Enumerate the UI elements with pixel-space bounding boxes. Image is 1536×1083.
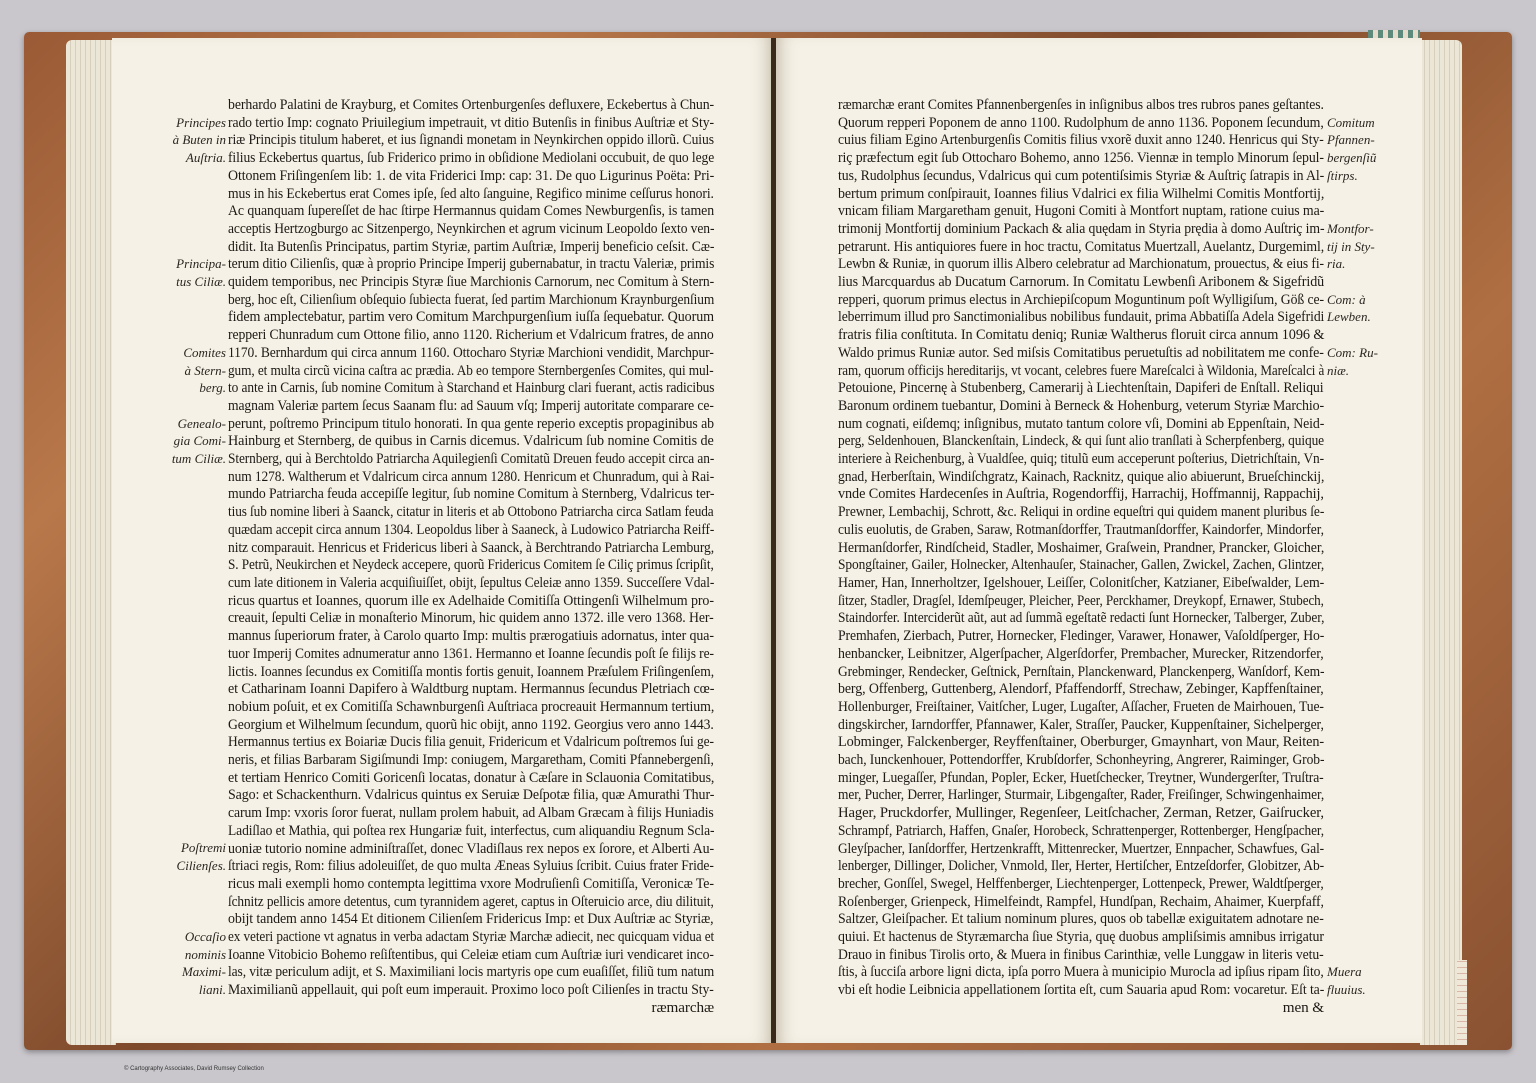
- text-line: Prewner, Lembachij, Schrott, &c. Reliqui…: [838, 503, 1271, 521]
- text-line: ricus mali exempli homo contempta legitt…: [228, 875, 672, 893]
- margin-note-line: tum Ciliæ.: [168, 450, 226, 468]
- margin-note: PoſtremiCilienſes.: [168, 839, 226, 874]
- text-line: Grebminger, Rendecker, Geſtnick, Pernſta…: [838, 663, 1269, 681]
- text-line: leberrimum illud pro Sanctimonialibus no…: [838, 308, 1275, 326]
- margin-note: Com: Ru-niæ.: [1327, 344, 1387, 379]
- text-line: acceptis Hertzogburgo ac Sitzenpergo, Ne…: [228, 220, 661, 238]
- text-line: Maximilianũ appellauit, qui poſt eum imp…: [228, 981, 667, 999]
- text-line: et Catharinam Ioanni Dapifero à Waldtbur…: [228, 680, 679, 698]
- margin-note-line: gia Comi-: [168, 432, 226, 450]
- text-line: Saltzer, Gleiſpacher. Et talium nominum …: [838, 910, 1279, 928]
- text-line: Hollenburger, Freiſtainer, Vaitſcher, Lu…: [838, 698, 1275, 716]
- text-line: riç præfectum egit ſub Ottocharo Bohemo,…: [838, 149, 1281, 167]
- text-line: vnde Comites Hardecenſes in Auſtria, Rog…: [838, 485, 1294, 503]
- text-line: Schrampf, Patriarch, Haffen, Gnaſer, Hor…: [838, 822, 1264, 840]
- catchword: ræmarchæ: [228, 999, 714, 1017]
- text-line: ram, quorum officijs hereditarijs, vt vo…: [838, 362, 1256, 380]
- text-line: berhardo Palatini de Krayburg, et Comite…: [228, 96, 670, 114]
- margin-note: Genealo-gia Comi-tum Ciliæ.: [168, 415, 226, 468]
- margin-note-line: Muera: [1327, 963, 1387, 981]
- margin-note-line: à Stern-: [168, 362, 226, 380]
- text-line: quidem temporibus, nec Principis Styræ ſ…: [228, 273, 665, 291]
- margin-note: ComitumPfannen-bergenſiũſtirps.: [1327, 114, 1387, 185]
- text-line: Baronum ordinem tuebantur, Domini à Bern…: [838, 397, 1283, 415]
- left-page-text: berhardo Palatini de Krayburg, et Comite…: [228, 96, 714, 1017]
- margin-note: OccaſionominisMaximi-liani.: [168, 928, 226, 999]
- text-line: vbi eſt hodie Leibnicia appellationem ſo…: [838, 981, 1279, 999]
- text-line: Hermannus tertius ex Boiariæ Ducis filia…: [228, 733, 659, 751]
- margin-note: Comitesà Stern-berg.: [168, 344, 226, 397]
- text-line: magnam Valeriæ partem ſecus Saanam flu: …: [228, 397, 663, 415]
- text-line: didit. Ita Butenſis Principatus, partim …: [228, 238, 668, 256]
- text-line: perunt, poſtremo Principum titulo honora…: [228, 415, 670, 433]
- margin-note-line: nominis: [168, 946, 226, 964]
- text-line: lius Marcquardus ab Ducatum Carnorum. In…: [838, 273, 1290, 291]
- text-line: Hager, Pruckdorfer, Mullinger, Regenſeer…: [838, 804, 1307, 822]
- margin-note-line: Principa-: [168, 255, 226, 273]
- text-line: repperi Chunradum cum Ottone filio, anno…: [228, 326, 667, 344]
- margin-note-line: Occaſio: [168, 928, 226, 946]
- text-line: ræmarchæ erant Comites Pfannenbergenſes …: [838, 96, 1276, 114]
- margin-note-line: liani.: [168, 981, 226, 999]
- margin-note-line: fluuius.: [1327, 981, 1387, 999]
- text-line: rado tertio Imp: cognato Priuilegium imp…: [228, 114, 665, 132]
- text-line: Drauo in finibus Tirolis orto, & Muera i…: [838, 946, 1277, 964]
- text-line: terum ditio Cilienſis, quæ à proprio Pri…: [228, 255, 661, 273]
- catchword: men &: [838, 999, 1324, 1017]
- margin-note-line: Comitum: [1327, 114, 1387, 132]
- text-line: Lobminger, Falckenberger, Reyffenſtainer…: [838, 733, 1294, 751]
- margin-note-line: ria.: [1327, 255, 1387, 273]
- text-line: Georgium et Wilhelmum ſecundum, quorũ hi…: [228, 716, 665, 734]
- text-line: Lewbn & Runiæ, in quorum illis Albero ce…: [838, 255, 1273, 273]
- text-line: mus in his Eckebertus erat Comes ipſe, ſ…: [228, 185, 664, 203]
- text-line: dingskircher, Iarndorffer, Pfannawer, Ka…: [838, 716, 1275, 734]
- margin-note-line: berg.: [168, 379, 226, 397]
- margin-note-line: niæ.: [1327, 362, 1387, 380]
- margin-note-line: Com: Ru-: [1327, 344, 1387, 362]
- text-line: obijt tandem anno 1454 Et ditionem Cilie…: [228, 910, 673, 928]
- book-gutter: [771, 38, 776, 1043]
- text-line: trimonij Montfortij dominium Packach & a…: [838, 220, 1277, 238]
- text-line: tus, Rudolphus ſecundus, Vdalricus qui c…: [838, 167, 1280, 185]
- margin-note-line: Auſtria.: [168, 149, 226, 167]
- margin-note-line: Cilienſes.: [168, 857, 226, 875]
- text-line: et tertiam Henrico Comiti Goricenſi loca…: [228, 769, 676, 787]
- text-line: cuius filiam Egino Artenburgenſis Comiti…: [838, 131, 1275, 149]
- text-line: num cognati, eiſdemq; inſignibus, mutato…: [838, 415, 1281, 433]
- margin-note-line: Maximi-: [168, 963, 226, 981]
- text-line: mundo Patriarcha feuda accepiſſe legitur…: [228, 485, 667, 503]
- text-line: riæ Principis titulum haberet, et ius ſi…: [228, 131, 664, 149]
- text-line: ſchnitz pellicis amore detentus, cum tyr…: [228, 893, 654, 911]
- margin-note-line: Genealo-: [168, 415, 226, 433]
- margin-note: Muerafluuius.: [1327, 963, 1387, 998]
- text-line: num 1278. Waltherum et Vdalricum circa a…: [228, 468, 658, 486]
- text-line: vnicam filiam Margaretham genuit, Hugoni…: [838, 202, 1280, 220]
- text-line: Staindorfer. Interciderũt aũt, aut ad ſu…: [838, 609, 1267, 627]
- right-page-text: ræmarchæ erant Comites Pfannenbergenſes …: [838, 96, 1324, 1017]
- margin-note: Com: àLewben.: [1327, 291, 1387, 326]
- text-line: Quorum repperi Poponem de anno 1100. Rud…: [838, 114, 1281, 132]
- text-line: uoniæ tutorio nomine adminiſtraſſet, don…: [228, 840, 674, 858]
- collection-credit: © Cartography Associates, David Rumsey C…: [124, 1066, 264, 1072]
- margin-note-line: Montfor-: [1327, 220, 1387, 238]
- right-page-edges: [1420, 40, 1462, 1045]
- text-line: neris, et filias Barbaram Sigiſmundi Imp…: [228, 751, 663, 769]
- text-line: to ante in Carnis, ſub nomine Comitum à …: [228, 379, 657, 397]
- text-line: Waldo primus Runiæ autor. Sed miſsis Com…: [838, 344, 1286, 362]
- text-line: 1170. Bernhardum qui circa annum 1160. O…: [228, 344, 661, 362]
- margin-note-line: Poſtremi: [168, 839, 226, 857]
- text-line: mer, Pucher, Derrer, Harlinger, Sturmair…: [838, 786, 1267, 804]
- margin-note-line: Comites: [168, 344, 226, 362]
- text-line: Ladiſlao et Mathia, qui poſtea rex Hunga…: [228, 822, 661, 840]
- text-line: Hainburg et Sternberg, de quibus in Carn…: [228, 432, 681, 450]
- text-line: Roſenberger, Grienpeck, Himelfeindt, Ram…: [838, 893, 1278, 911]
- margin-note-line: tij in Sty-: [1327, 238, 1387, 256]
- text-line: interiere à Reichenburg, à Vualdſee, qui…: [838, 450, 1267, 468]
- text-line: bach, Iunckenhouer, Pottendorffer, Krubſ…: [838, 751, 1271, 769]
- text-line: ex veteri pactione vt agnatus in verba a…: [228, 928, 651, 946]
- text-line: gnad, Herberſtain, Windiſchgratz, Kainac…: [838, 468, 1275, 486]
- text-line: brecher, Gonſſel, Swegel, Helffenberger,…: [838, 875, 1270, 893]
- text-line: ſitzer, Stadler, Dragſel, Idemſpeuger, P…: [838, 592, 1258, 610]
- text-line: Premhafen, Zierbach, Putrer, Hornecker, …: [838, 627, 1276, 645]
- margin-note-line: Lewben.: [1327, 308, 1387, 326]
- text-line: Ioanne Vitobicio Bohemo reſiſtentibus, q…: [228, 946, 665, 964]
- text-line: tuor Imperij Comites adnumeratur anno 13…: [228, 645, 660, 663]
- margin-note-line: ſtirps.: [1327, 167, 1387, 185]
- text-line: fidem amplectebatur, partim vero Comitum…: [228, 308, 678, 326]
- text-line: tius ſub nomine liberi à Saanck, citatur…: [228, 503, 653, 521]
- text-line: Petouione, Pincernę à Stubenberg, Camera…: [838, 379, 1282, 397]
- text-line: bertum primum conſpirauit, Ioannes filiu…: [838, 185, 1285, 203]
- margin-note-line: bergenſiũ: [1327, 149, 1387, 167]
- text-line: Ac quanquam ſupereſſet de hac ſtirpe Her…: [228, 202, 671, 220]
- text-line: fratris filia conſtituta. In Comitatu de…: [838, 326, 1295, 344]
- text-line: Hermanſdorfer, Rindſcheid, Stadler, Mosh…: [838, 539, 1282, 557]
- page-edge-tab: [1457, 960, 1467, 1045]
- margin-note: Principa-tus Ciliæ.: [168, 255, 226, 290]
- text-line: Sago: et Schackenthurn. Vdalricus quintu…: [228, 786, 674, 804]
- margin-note-line: Com: à: [1327, 291, 1387, 309]
- text-line: gum, et multa circũ vicina caſtra ac præ…: [228, 362, 654, 380]
- text-line: mannus ſuperiorum frater, à Carolo quart…: [228, 627, 673, 645]
- text-line: filius Eckebertus quartus, ſub Friderico…: [228, 149, 661, 167]
- text-line: creauit, ſepulti Celiæ in monaſterio Min…: [228, 609, 669, 627]
- text-line: berg, hoc eſt, Cilienſium obſequio ſubie…: [228, 291, 657, 309]
- margin-note-line: tus Ciliæ.: [168, 273, 226, 291]
- margin-note-line: à Buten in: [168, 131, 226, 149]
- text-line: carum Imp: vxoris ſoror fuerat, nullam p…: [228, 804, 668, 822]
- text-line: S. Petrũ, Neukirchen et Neydeck accepere…: [228, 556, 651, 574]
- left-page-edges: [66, 40, 116, 1045]
- text-line: repperi, quorum primus electus in Archie…: [838, 291, 1277, 309]
- margin-note: Principesà Buten inAuſtria.: [168, 114, 226, 167]
- text-line: Gleyſpacher, Ianſdorffer, Hertzenkrafft,…: [838, 840, 1264, 858]
- text-line: petrarunt. His antiquiores fuere in hoc …: [838, 238, 1279, 256]
- text-line: Ottonem Friſingenſem lib: 1. de vita Fri…: [228, 167, 674, 185]
- text-line: minger, Luegaſſer, Pfundan, Popler, Ecke…: [838, 769, 1275, 787]
- text-line: cum late ditionem in Valeria acquiſiuiſſ…: [228, 574, 656, 592]
- text-line: lenberger, Dillinger, Dolicher, Vnmold, …: [838, 857, 1271, 875]
- text-line: ſtriaci regis, Rom: filius adoleuiſſet, …: [228, 857, 661, 875]
- text-line: ricus quartus et Ioannes, quorum ille ex…: [228, 592, 675, 610]
- text-line: ſtis, à ſucciſa arbore ligni dicta, ipſa…: [838, 963, 1275, 981]
- text-line: nitz comparauit. Henricus et Fridericus …: [228, 539, 662, 557]
- text-line: las, vitæ periculum adijt, et S. Maximil…: [228, 963, 659, 981]
- text-line: Sternberg, qui à Berchtoldo Patriarcha A…: [228, 450, 655, 468]
- text-line: lictis. Ioannes ſecundus ex Comitiſſa mo…: [228, 663, 662, 681]
- text-line: Hamer, Han, Innerholtzer, Igelshouer, Le…: [838, 574, 1280, 592]
- text-line: culis euolutis, de Graben, Saraw, Rotman…: [838, 521, 1271, 539]
- text-line: henbancker, Leibnitzer, Algerſpacher, Al…: [838, 645, 1283, 663]
- margin-note-line: Principes: [168, 114, 226, 132]
- margin-note-line: Pfannen-: [1327, 131, 1387, 149]
- text-line: perg, Seldenhouen, Blanckenſtain, Lindec…: [838, 432, 1266, 450]
- text-line: quiui. Et hactenus de Styræmarcha ſiue S…: [838, 928, 1284, 946]
- text-line: nobium poſuit, et ex Comitiſſa Schawnbur…: [228, 698, 671, 716]
- text-line: quædam accepit circa annum 1304. Leopold…: [228, 521, 654, 539]
- text-line: berg, Offenberg, Guttenberg, Alendorf, P…: [838, 680, 1283, 698]
- margin-note: Montfor-tij in Sty-ria.: [1327, 220, 1387, 273]
- text-line: Spongſtainer, Gailer, Holnecker, Altenha…: [838, 556, 1267, 574]
